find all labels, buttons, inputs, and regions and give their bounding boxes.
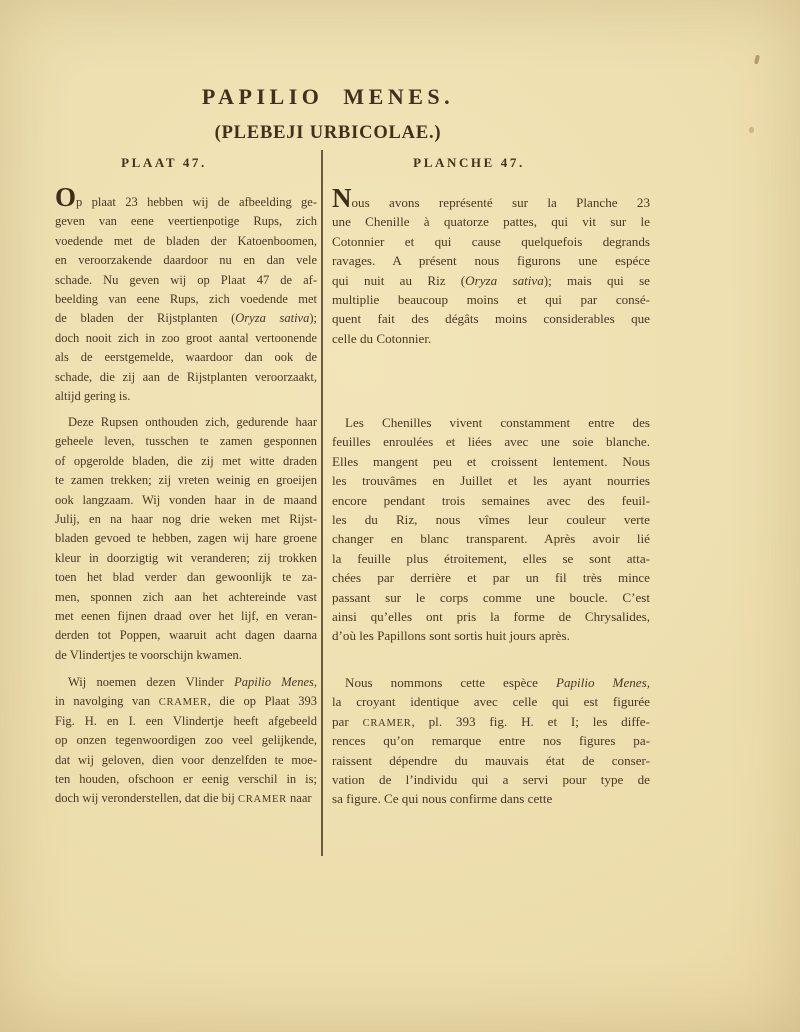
paragraph: Deze Rupsen onthouden zich, gedurende ha…: [55, 413, 317, 665]
paragraph: Nous avons représenté sur la Planche 23u…: [332, 193, 650, 348]
text-line: la feuille plus étroitement, elles se so…: [332, 549, 650, 568]
text-line: Elles mangent peu et croissent lentement…: [332, 452, 650, 471]
text-line: celle du Cotonnier.: [332, 329, 650, 348]
text-line: doch nooit zich in zoo groot aantal vert…: [55, 329, 317, 348]
text-line: les du Riz, nous vîmes leur couleur vert…: [332, 510, 650, 529]
text-line: raissent dépendre du mauvais état de con…: [332, 751, 650, 770]
text-line: schade, die zij aan de Rijstplanten vero…: [55, 368, 317, 387]
text-line: rences qu’on remarque entre nos figures …: [332, 731, 650, 750]
paragraph: Wij noemen dezen Vlinder Papilio Menes,i…: [55, 673, 317, 809]
text-line: ook langzaam. Wij vonden haar in de maan…: [55, 491, 317, 510]
text-line: Nous nommons cette espèce Papilio Menes,: [332, 673, 650, 692]
drop-cap-initial: O: [55, 182, 76, 212]
text-line: ainsi qu’elles ont pris la forme de Chry…: [332, 607, 650, 626]
text-line: dat wij geloven, dien voor denzelfden te…: [55, 751, 317, 770]
text-line: de bladen der Rijstplanten (Oryza sativa…: [55, 309, 317, 328]
text-line: les trouvâmes en Juillet et les ayant no…: [332, 471, 650, 490]
page-header: PAPILIO MENES. (PLEBEJI URBICOLAE.): [0, 84, 656, 144]
text-line: par CRAMER, pl. 393 fig. H. et I; les di…: [332, 712, 650, 731]
text-line: quent fait des dégâts moins considerable…: [332, 309, 650, 328]
text-line: doch wij veronderstellen, dat die bij CR…: [55, 789, 317, 808]
text-line: d’où les Papillons sont sortis huit jour…: [332, 626, 650, 645]
text-line: sa figure. Ce qui nous confirme dans cet…: [332, 789, 650, 808]
left-column-header: PLAAT 47.: [33, 155, 295, 171]
text-line: Cotonnier et qui cause quelquefois degra…: [332, 232, 650, 251]
text-line: of opgerolde bladen, die zij met witte d…: [55, 452, 317, 471]
text-line: chées par derrière et par un fil très mi…: [332, 568, 650, 587]
page-subtitle: (PLEBEJI URBICOLAE.): [0, 123, 656, 144]
left-column: PLAAT 47. Op plaat 23 hebben wij de afbe…: [55, 155, 317, 875]
text-line: altijd gering is.: [55, 387, 317, 406]
text-line: vation de l’individu qui a servi pour ty…: [332, 770, 650, 789]
paragraph: Les Chenilles vivent constamment entre d…: [332, 413, 650, 646]
text-line: qui nuit au Riz (Oryza sativa); mais qui…: [332, 271, 650, 290]
text-line: als de eerstgemelde, waardoor dan ook de: [55, 348, 317, 367]
text-line: Wij noemen dezen Vlinder Papilio Menes,: [55, 673, 317, 692]
paragraph: Op plaat 23 hebben wij de afbeelding ge-…: [55, 193, 317, 406]
text-line: ravages. A présent nous figurons une esp…: [332, 251, 650, 270]
right-column: PLANCHE 47. Nous avons représenté sur la…: [332, 155, 650, 875]
text-line: kleur in doorzigtig wit veranderen; zij …: [55, 549, 317, 568]
text-line: Julij, en na haar nog drie weken met Rij…: [55, 510, 317, 529]
text-line: met eenen fijnen draad over het lijf, en…: [55, 607, 317, 626]
text-line: derden tot Poppen, waaruit acht dagen da…: [55, 626, 317, 645]
text-line: beelding van eene Rups, zich voedende me…: [55, 290, 317, 309]
text-line: multiplie beaucoup moins et qui par cons…: [332, 290, 650, 309]
text-line: schade. Nu geven wij op Plaat 47 de af-: [55, 271, 317, 290]
text-line: te zamen trekken; zij vreten weinig en g…: [55, 471, 317, 490]
paragraph: Nous nommons cette espèce Papilio Menes,…: [332, 673, 650, 809]
text-line: Nous avons représenté sur la Planche 23: [332, 193, 650, 212]
text-line: en veroorzakende daardoor nu en dan vele: [55, 251, 317, 270]
text-line: passant sur le corps comme une boucle. C…: [332, 588, 650, 607]
text-line: geven van eene veertienpotige Rups, zich: [55, 212, 317, 231]
text-line: la croyant identique avec celle qui est …: [332, 692, 650, 711]
text-line: de Vlindertjes te voorschijn kwamen.: [55, 646, 317, 665]
ink-speck: [749, 127, 754, 133]
text-line: bladen gevoed te hebben, zagen wij hare …: [55, 529, 317, 548]
text-line: voedende met de bladen der Katoenboomen,: [55, 232, 317, 251]
text-line: Fig. H. en I. een Vlindertje heeft afgeb…: [55, 712, 317, 731]
right-column-header: PLANCHE 47.: [310, 155, 628, 171]
text-line: Op plaat 23 hebben wij de afbeelding ge-: [55, 193, 317, 212]
text-line: Les Chenilles vivent constamment entre d…: [332, 413, 650, 432]
page-title: PAPILIO MENES.: [0, 84, 656, 110]
text-line: toen het blad verder dan gewoonlijk te z…: [55, 568, 317, 587]
drop-cap-initial: N: [332, 183, 352, 213]
text-line: op onzen tegenwoordigen zoo veel gelijke…: [55, 731, 317, 750]
column-divider-rule: [321, 150, 323, 856]
book-page: PAPILIO MENES. (PLEBEJI URBICOLAE.) PLAA…: [0, 0, 800, 1032]
text-line: encore pendant trois semaines avec des f…: [332, 491, 650, 510]
text-line: changer en blanc transparent. Après avoi…: [332, 529, 650, 548]
text-line: une Chenille à quatorze pattes, qui vit …: [332, 212, 650, 231]
text-line: geheele leven, tusschen te zamen gesponn…: [55, 432, 317, 451]
text-line: in navolging van CRAMER, die op Plaat 39…: [55, 692, 317, 711]
ink-speck: [754, 55, 760, 65]
text-line: feuilles enroulées et liées avec une soi…: [332, 432, 650, 451]
text-line: men, sponnen zich aan het achtereinde va…: [55, 588, 317, 607]
text-line: Deze Rupsen onthouden zich, gedurende ha…: [55, 413, 317, 432]
text-line: ten houden, ofschoon er eenig verschil i…: [55, 770, 317, 789]
